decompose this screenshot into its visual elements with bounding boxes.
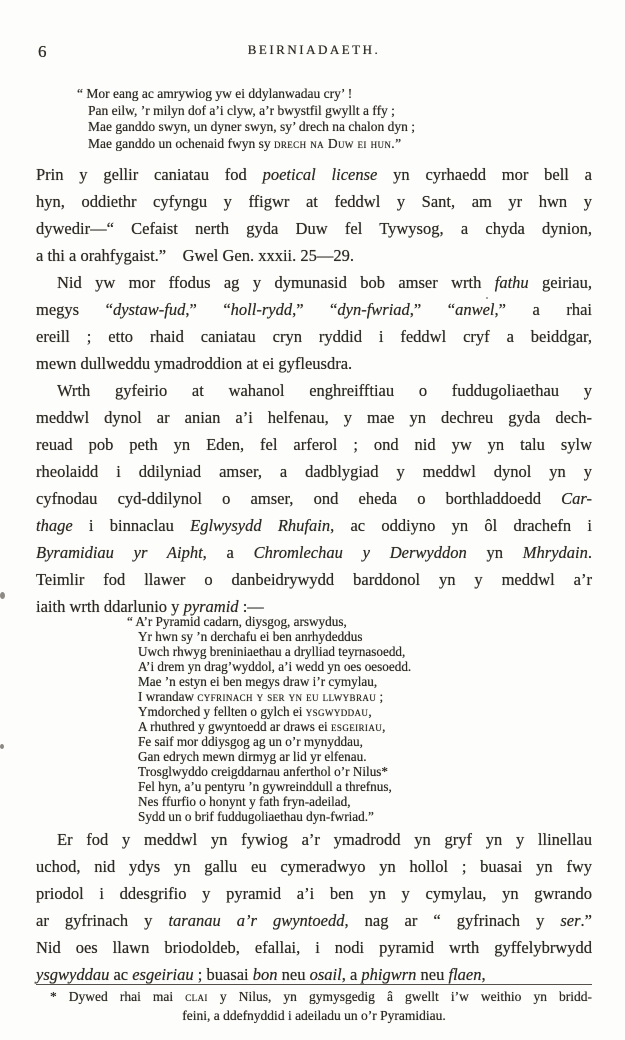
text-line: Mae ’n estyn ei ben megys draw i’r cymyl… [138,674,592,689]
verse-quote-1: “ Mor eang ac amrywiog yw ei ddylanwadau… [36,86,592,152]
text-run: dystaw-fud [113,300,185,319]
text-run: Ymdorched y fellten o gylch ei [138,704,306,719]
text-run: cyfnodau cyd-ddilynol o amser, ond eheda… [36,489,561,508]
text-run: Nes ffurfio o honynt y fath fryn-adeilad… [138,794,351,809]
text-line: mewn dullweddu ymadroddion at ei gyfleus… [36,350,592,377]
scan-speck [0,744,4,749]
text-run: yn cyrhaedd mor bell a [377,165,592,184]
text-line: A rhuthred y gwyntoedd ar draws ei esgei… [138,719,592,734]
text-line: Nid oes llawn briodoldeb, efallai, i nod… [36,934,592,961]
text-run: , [482,965,486,984]
text-run: .” [581,911,592,930]
text-run: , [382,719,385,734]
text-run: poetical license [263,165,378,184]
text-run: A rhuthred y gwyntoedd ar draws ei [138,719,331,734]
text-line: feini, a ddefnyddid i adeiladu un o’r Py… [36,1007,592,1026]
text-run: anwel [455,300,494,319]
text-run: yn [467,543,523,562]
text-run: ,” “ [410,300,455,319]
text-line: “ A’r Pyramid cadarn, diysgog, arswydus, [138,614,592,629]
text-line: Fe saif mor ddiysgog ag un o’r mynyddau, [138,734,592,749]
text-run: taranau a’r gwyntoedd [168,911,344,930]
text-run: Sydd un o brif fuddugoliaethau dyn-fwria… [138,809,374,824]
text-run: Eglwysydd Rhufain [190,516,330,535]
text-run: Fe saif mor ddiysgog ag un o’r mynyddau, [138,734,363,749]
text-run: feini, a ddefnyddid i adeiladu un o’r Py… [182,1008,446,1023]
text-run: Nid yw mor ffodus ag y dymunasid bob ams… [57,273,495,292]
text-run: a thi a orahfygaist.” Gwel Gen. xxxii. 2… [36,246,354,265]
text-line: Nes ffurfio o honynt y fath fryn-adeilad… [138,794,592,809]
text-run: i binnaclau [73,516,190,535]
text-line: “ Mor eang ac amrywiog yw ei ddylanwadau… [88,86,592,103]
text-run: ,” “ [292,300,337,319]
text-run: ” [395,136,401,151]
text-run: * Dywed rhai mai [50,989,185,1004]
text-run: I wrandaw [138,689,197,704]
text-line: Sydd un o brif fuddugoliaethau dyn-fwria… [138,809,592,824]
text-line: ar gyfrinach y taranau a’r gwyntoedd, na… [36,907,592,934]
text-run: uchod, nid ydys yn gallu eu cymeradwyo y… [36,857,592,876]
page-header: 6 BEIRNIADAETH. [36,42,592,64]
text-line: I wrandaw cyfrinach y ser yn eu llwybrau… [138,689,592,704]
text-run: cyfrinach y ser yn eu llwybrau [197,689,376,704]
text-line: ereill ; etto rhaid caniatau cryn ryddid… [36,323,592,350]
paragraph-4: Er fod y meddwl yn fywiog a’r ymadrodd y… [36,826,592,988]
text-line: cyfnodau cyd-ddilynol o amser, ond eheda… [36,485,592,512]
text-run: Fel hyn, a’u pentyru ’n gywreinddull a t… [138,779,392,794]
text-line: Nid yw mor ffodus ag y dymunasid bob ams… [36,269,592,296]
text-line: Prin y gellir caniatau fod poetical lice… [36,161,592,188]
text-line: Ymdorched y fellten o gylch ei ysgwyddau… [138,704,592,719]
text-run: Gan edrych mewn dirmyg ar lid yr elfenau… [138,749,367,764]
text-run: ysgwyddau [36,965,109,984]
text-line: meddwl dynol ar anian a’i helfenau, y ma… [36,404,592,431]
text-line: Gan edrych mewn dirmyg ar lid yr elfenau… [138,749,592,764]
text-run: Er fod y meddwl yn fywiog a’r ymadrodd y… [57,830,592,849]
text-run: rheolaidd i ddilyniad amser, a dadblygia… [36,462,592,481]
text-line: Wrth gyfeirio at wahanol enghreifftiau o… [36,377,592,404]
text-run: meddwl dynol ar anian a’i helfenau, y ma… [36,408,592,427]
text-line: reuad pob peth yn Eden, fel arferol ; on… [36,431,592,458]
text-run: Pan eilw, ’r milyn dof a’i clyw, a’r bwy… [88,103,395,118]
text-run: esgeiriau [331,719,382,734]
text-run: Mae ganddo swyn, un dyner swyn, sy’ drec… [88,119,415,134]
text-run: holl-rydd [231,300,292,319]
text-run: neu [278,965,310,984]
text-line: Teimlir fod llawer o danbeidrywydd bardd… [36,566,592,593]
text-line: Mae ganddo un ochenaid fwyn sy drech na … [88,136,592,153]
text-run: dywedir—“ Cefaist nerth gyda Duw fel Tyw… [36,219,592,238]
text-run: flaen [449,965,482,984]
text-run: Byramidiau yr Aipht [36,543,203,562]
text-run: Nid oes llawn briodoldeb, efallai, i nod… [36,938,592,957]
text-run: fathu [495,273,529,292]
paragraph-2: Nid yw mor ffodus ag y dymunasid bob ams… [36,269,592,377]
text-run: thage [36,516,73,535]
text-run: Mhrydain [523,543,588,562]
text-run: “ A’r Pyramid cadarn, diysgog, arswydus, [127,614,347,629]
text-run: , ac oddiyno yn ôl drachefn i [330,516,592,535]
text-line: Mae ganddo swyn, un dyner swyn, sy’ drec… [88,119,592,136]
text-run: “ Mor eang ac amrywiog yw ei ddylanwadau… [77,86,352,101]
footnote: * Dywed rhai mai clai y Nilus, yn gymysg… [36,988,592,1025]
text-line: Uwch rhwyg breniniaethau a drylliad teyr… [138,644,592,659]
text-run: Teimlir fod llawer o danbeidrywydd bardd… [36,570,592,589]
paragraph-3: Wrth gyfeirio at wahanol enghreifftiau o… [36,377,592,620]
text-run: ar gyfrinach y [36,911,168,930]
text-run: neu [416,965,448,984]
text-run: Mae ganddo un ochenaid fwyn sy [88,136,274,151]
text-run: ,” a rhai [495,300,592,319]
text-run: dyn-fwriad [337,300,409,319]
text-run: . [588,543,592,562]
text-run: mewn dullweddu ymadroddion at ei gyfleus… [36,354,352,373]
text-run: ; [376,689,383,704]
running-title: BEIRNIADAETH. [36,42,592,58]
text-run: bon [253,965,278,984]
text-run: Trosglwyddo creigddarnau anferthol o’r N… [138,764,388,779]
text-run: hyn, oddiethr cyfyngu y ffigwr at feddwl… [36,192,592,211]
text-line: Fel hyn, a’u pentyru ’n gywreinddull a t… [138,779,592,794]
text-run: Prin y gellir caniatau fod [36,165,263,184]
text-line: hyn, oddiethr cyfyngu y ffigwr at feddwl… [36,188,592,215]
text-line: megys “dystaw-fud,” “holl-rydd,” “dyn-fw… [36,296,592,323]
text-line: rheolaidd i ddilyniad amser, a dadblygia… [36,458,592,485]
text-line: a thi a orahfygaist.” Gwel Gen. xxxii. 2… [36,242,592,269]
text-run: Car- [561,489,592,508]
text-line: Byramidiau yr Aipht, a Chromlechau y Der… [36,539,592,566]
text-line: * Dywed rhai mai clai y Nilus, yn gymysg… [36,988,592,1007]
text-line: Trosglwyddo creigddarnau anferthol o’r N… [138,764,592,779]
text-run: Uwch rhwyg breniniaethau a drylliad teyr… [138,644,405,659]
text-run: ; buasai [194,965,253,984]
text-run: Chromlechau y Derwyddon [254,543,467,562]
text-run: esgeiriau [132,965,193,984]
scan-speck [0,592,5,599]
text-run: , nag ar “ gyfrinach y [344,911,560,930]
text-run: ,” “ [185,300,230,319]
text-run: , a [203,543,254,562]
text-run: reuad pob peth yn Eden, fel arferol ; on… [36,435,592,454]
book-page: 6 BEIRNIADAETH. “ Mor eang ac amrywiog y… [0,0,625,1040]
text-line: uchod, nid ydys yn gallu eu cymeradwyo y… [36,853,592,880]
text-line: Er fod y meddwl yn fywiog a’r ymadrodd y… [36,826,592,853]
paragraph-1: Prin y gellir caniatau fod poetical lice… [36,161,592,269]
text-run: ser [560,911,580,930]
text-line: thage i binnaclau Eglwysydd Rhufain, ac … [36,512,592,539]
text-line: dywedir—“ Cefaist nerth gyda Duw fel Tyw… [36,215,592,242]
text-run: , [368,704,371,719]
text-run: Yr hwn sy ’n derchafu ei ben anrhydeddus [138,629,362,644]
text-run: Mae ’n estyn ei ben megys draw i’r cymyl… [138,674,377,689]
text-run: priodol i ddesgrifio y pyramid a’i ben y… [36,884,592,903]
text-run: Wrth gyfeirio at wahanol enghreifftiau o… [57,381,592,400]
text-run: megys “ [36,300,113,319]
text-run: phigwrn [361,965,416,984]
text-run: ysgwyddau [306,704,369,719]
text-line: priodol i ddesgrifio y pyramid a’i ben y… [36,880,592,907]
text-line: Yr hwn sy ’n derchafu ei ben anrhydeddus [138,629,592,644]
text-run: drech na Duw ei hun. [274,136,395,151]
text-line: Pan eilw, ’r milyn dof a’i clyw, a’r bwy… [88,103,592,120]
page-content: 6 BEIRNIADAETH. “ Mor eang ac amrywiog y… [36,42,592,1025]
text-run: y Nilus, yn gymysgedig â gwellt i’w weit… [208,989,592,1004]
verse-quote-2: “ A’r Pyramid cadarn, diysgog, arswydus,… [36,614,592,824]
text-run: geiriau, [529,273,592,292]
text-run: ac [109,965,132,984]
text-run: ereill ; etto rhaid caniatau cryn ryddid… [36,327,592,346]
text-run: osail [310,965,342,984]
text-run: clai [185,989,208,1004]
text-line: A’i drem yn drag’wyddol, a’i wedd yn oes… [138,659,592,674]
text-run: A’i drem yn drag’wyddol, a’i wedd yn oes… [138,659,411,674]
text-run: , a [342,965,362,984]
